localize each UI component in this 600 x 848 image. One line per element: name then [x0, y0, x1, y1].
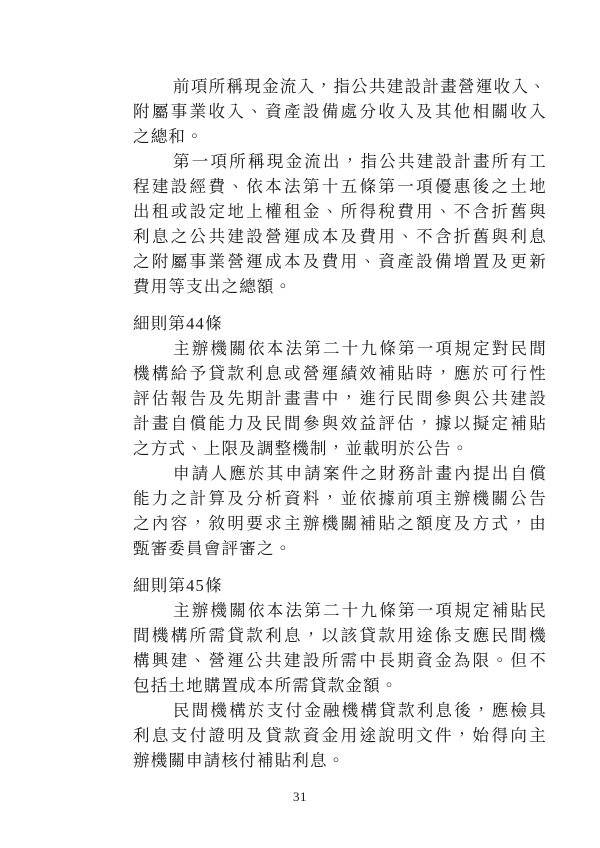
text-line: 第一項所稱現金流出，指公共建設計畫所有工: [133, 149, 547, 174]
paragraph-article-45-payment-proof: 民間機構於支付金融機構貸款利息後，應檢具 利息支付證明及貸款資金用途說明文件，始…: [133, 698, 547, 773]
text-line: 申請人應於其申請案件之財務計畫內提出自償: [133, 461, 547, 486]
paragraph-article-44-applicant: 申請人應於其申請案件之財務計畫內提出自償 能力之計算及分析資料，並依據前項主辦機…: [133, 461, 547, 561]
document-page: 前項所稱現金流入，指公共建設計畫營運收入、 附屬事業收入、資產設備處分收入及其他…: [0, 0, 600, 848]
text-line: 辦機關申請核付補貼利息。: [133, 748, 547, 773]
text-line: 機構給予貸款利息或營運績效補貼時，應於可行性: [133, 361, 547, 386]
text-line: 構興建、營運公共建設所需中長期資金為限。但不: [133, 648, 547, 673]
text-line: 利息支付證明及貸款資金用途說明文件，始得向主: [133, 723, 547, 748]
paragraph-article-45-loan-interest: 主辦機關依本法第二十九條第一項規定補貼民 間機構所需貸款利息，以該貸款用途係支應…: [133, 598, 547, 698]
paragraph-cash-outflow: 第一項所稱現金流出，指公共建設計畫所有工 程建設經費、依本法第十五條第一項優惠後…: [133, 149, 547, 299]
text-block: 前項所稱現金流入，指公共建設計畫營運收入、 附屬事業收入、資產設備處分收入及其他…: [133, 74, 547, 773]
text-line: 之方式、上限及調整機制，並載明於公告。: [133, 436, 547, 461]
text-line: 之附屬事業營運成本及費用、資產設備增置及更新: [133, 249, 547, 274]
text-line: 包括土地購置成本所需貸款金額。: [133, 673, 547, 698]
text-line: 主辦機關依本法第二十九條第一項規定對民間: [133, 336, 547, 361]
text-line: 前項所稱現金流入，指公共建設計畫營運收入、: [133, 74, 547, 99]
text-line: 之內容，敘明要求主辦機關補貼之額度及方式，由: [133, 511, 547, 536]
paragraph-article-44-subsidy: 主辦機關依本法第二十九條第一項規定對民間 機構給予貸款利息或營運績效補貼時，應於…: [133, 336, 547, 461]
text-line: 利息之公共建設營運成本及費用、不含折舊與利息: [133, 224, 547, 249]
text-line: 能力之計算及分析資料，並依據前項主辦機關公告: [133, 486, 547, 511]
text-line: 主辦機關依本法第二十九條第一項規定補貼民: [133, 598, 547, 623]
text-line: 甄審委員會評審之。: [133, 536, 547, 561]
section-heading-article-45: 細則第45條: [133, 573, 547, 598]
page-number: 31: [293, 789, 307, 804]
paragraph-cash-inflow: 前項所稱現金流入，指公共建設計畫營運收入、 附屬事業收入、資產設備處分收入及其他…: [133, 74, 547, 149]
text-line: 之總和。: [133, 124, 547, 149]
text-line: 附屬事業收入、資產設備處分收入及其他相關收入: [133, 99, 547, 124]
text-line: 民間機構於支付金融機構貸款利息後，應檢具: [133, 698, 547, 723]
text-line: 間機構所需貸款利息，以該貸款用途係支應民間機: [133, 623, 547, 648]
text-line: 費用等支出之總額。: [133, 274, 547, 299]
text-line: 評估報告及先期計畫書中，進行民間參與公共建設: [133, 386, 547, 411]
text-line: 程建設經費、依本法第十五條第一項優惠後之土地: [133, 174, 547, 199]
page-number-footer: 31: [0, 789, 600, 805]
text-line: 計畫自償能力及民間參與效益評估，據以擬定補貼: [133, 411, 547, 436]
text-line: 出租或設定地上權租金、所得稅費用、不含折舊與: [133, 199, 547, 224]
section-heading-article-44: 細則第44條: [133, 311, 547, 336]
